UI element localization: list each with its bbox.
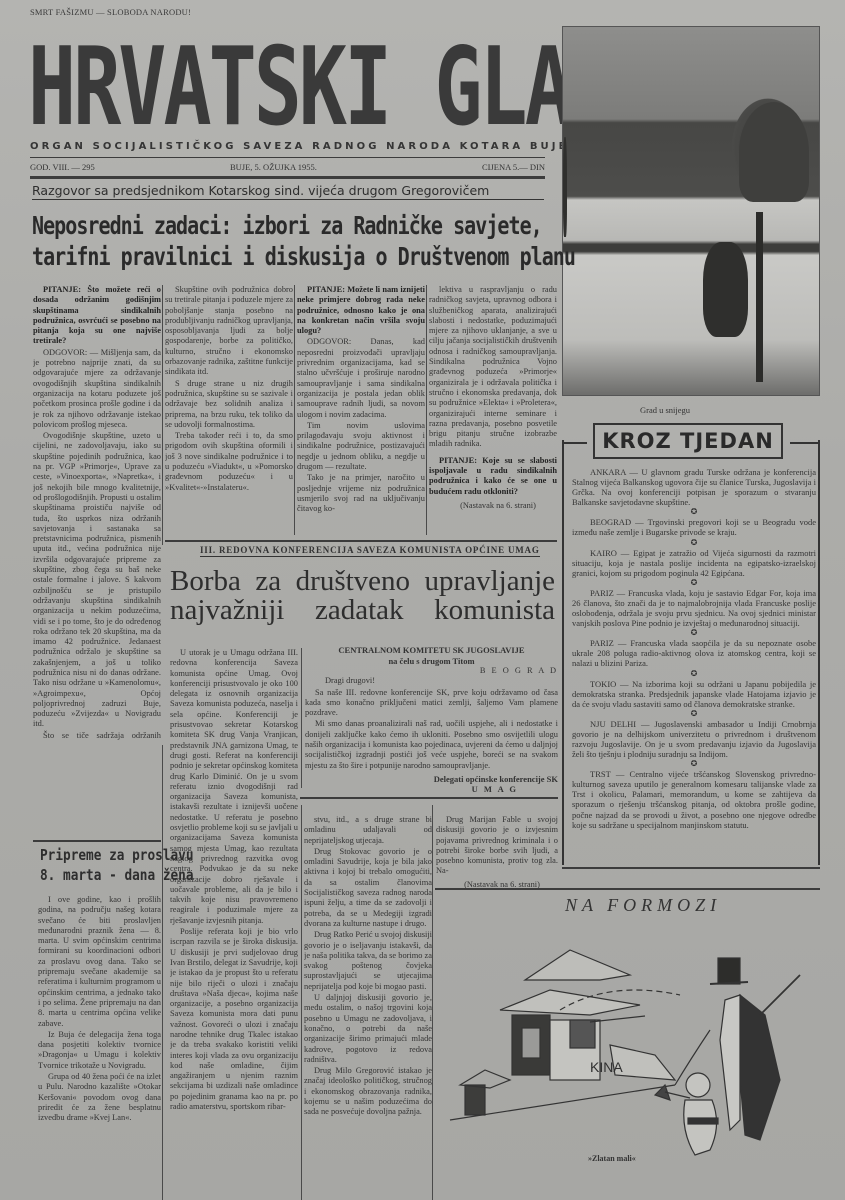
lead-column-4: lektiva u raspravljanju o radu radničkog… [429,285,557,535]
womens-day-body: I ove godine, kao i prošlih godina, na p… [38,895,161,1125]
cartoon-title: NA FORMOZI [565,895,721,916]
news-item: NJU DELHI — Jugoslavenski ambasador u In… [572,719,816,759]
news-item: KAIRO — Egipat je zatražio od Vijeća sig… [572,548,816,578]
lead-headline: Neposredni zadaci: izbori za Radničke sa… [32,210,444,272]
political-cartoon: KINA [440,920,820,1175]
continued-note: (Nastavak na 6. strani) [429,501,557,511]
divider [30,157,545,158]
star-separator-icon: ✪ [572,538,816,548]
divider [165,540,557,542]
star-separator-icon: ✪ [572,669,816,679]
divider [300,797,558,799]
letter-to-central-committee: CENTRALNOM KOMITETU SK JUGOSLAVIJE na če… [305,645,558,795]
lead-column-3: PITANJE: Možete li nam iznijeti neke pri… [297,285,425,535]
divider [33,840,161,842]
city-in-snow-photo [562,26,820,396]
news-item: TRST — Centralno vijeće tršćanskog Slove… [572,769,816,830]
photo-caption: Grad u snijegu [640,405,690,415]
headline-line-1: Neposredni zadaci: izbori za Radničke sa… [32,210,444,241]
column-rule [294,285,295,535]
umag-column-2: stvu, itd., a s druge strane bi omladinu… [304,815,432,1200]
divider [30,176,545,179]
star-separator-icon: ✪ [572,709,816,719]
divider [435,888,820,890]
star-separator-icon: ✪ [572,759,816,769]
kina-label: KINA [590,1059,623,1075]
column-rule [301,805,302,1200]
star-separator-icon: ✪ [572,507,816,517]
motto: SMRT FAŠIZMU — SLOBODA NARODU! [30,7,191,17]
news-item: TOKIO — Na izborima koji su održani u Ja… [572,679,816,709]
umag-headline: Borba za društveno upravljanje najvažnij… [170,567,555,625]
star-separator-icon: ✪ [572,628,816,638]
umag-kicker: III. REDOVNA KONFERENCIJA SAVEZA KOMUNIS… [200,545,540,557]
umag-column-1: U utorak je u Umagu održana III. redovna… [170,648,298,1198]
column-rule [162,745,163,1200]
cartoon-caption: »Zlatan mali« [588,1154,636,1163]
news-item: BEOGRAD — Trgovinski pregovori koji se u… [572,517,816,537]
womens-day-headline: Pripreme za proslavu 8. marta - dana žen… [40,845,125,885]
headline-line-2: tarifni pravilnici i diskusija o Društve… [32,241,444,272]
column-rule [432,805,433,1200]
headline-line-1: Borba za društveno upravljanje [170,567,555,596]
issue-number: GOD. VIII. — 295 [30,162,95,172]
newspaper-page: SMRT FAŠIZMU — SLOBODA NARODU! HRVATSKI … [0,0,845,1200]
news-item: ANKARA — U glavnom gradu Turske održana … [572,467,816,507]
column-rule [162,285,163,545]
kroz-tjedan-items: ANKARA — U glavnom gradu Turske održana … [572,467,816,830]
dateline: BUJE, 5. OŽUJKA 1955. [230,162,317,172]
news-item: PARIZ — Francuska vlada, koju je sastavi… [572,588,816,628]
column-rule [301,648,302,788]
newspaper-title: HRVATSKI GLAS [28,38,409,138]
lead-kicker: Razgovor sa predsjednikom Kotarskog sind… [32,183,544,200]
news-item: PARIZ — Francuska vlada saopćila je da s… [572,638,816,668]
newspaper-subtitle: ORGAN SOCIJALISTIČKOG SAVEZA RADNOG NARO… [30,141,545,152]
price: CIJENA 5.— DIN [482,162,545,172]
lead-column-2: Skupštine ovih podružnica dobro su treti… [165,285,293,540]
lead-column-1: PITANJE: Što možete reći o dosada održan… [33,285,161,740]
headline-line-2: najvažniji zadatak komunista [170,596,555,625]
divider [562,867,820,869]
column-rule [426,285,427,535]
issue-info-line: GOD. VIII. — 295 BUJE, 5. OŽUJKA 1955. C… [30,159,545,175]
umag-column-3: Drug Marijan Fable u svojoj diskusiji go… [436,815,558,891]
kroz-tjedan-title: KROZ TJEDAN [593,423,783,459]
star-separator-icon: ✪ [572,578,816,588]
